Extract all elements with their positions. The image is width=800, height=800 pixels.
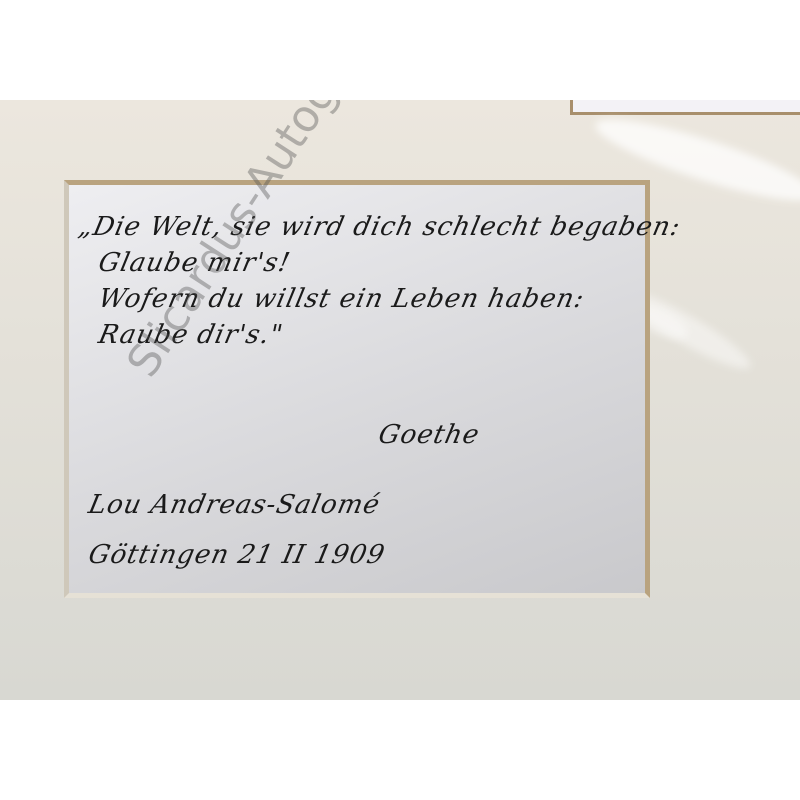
attribution: Goethe — [376, 420, 483, 450]
signature: Lou Andreas-Salomé — [86, 490, 383, 520]
autograph-card: „Die Welt, sie wird dich schlecht begabe… — [79, 190, 635, 588]
quote-line-1: „Die Welt, sie wird dich schlecht begabe… — [76, 212, 684, 242]
place-date: Göttingen 21 II 1909 — [86, 540, 388, 570]
background-card-edge — [570, 100, 800, 115]
photo: „Die Welt, sie wird dich schlecht begabe… — [0, 100, 800, 700]
mat-opening: „Die Welt, sie wird dich schlecht begabe… — [64, 180, 650, 598]
